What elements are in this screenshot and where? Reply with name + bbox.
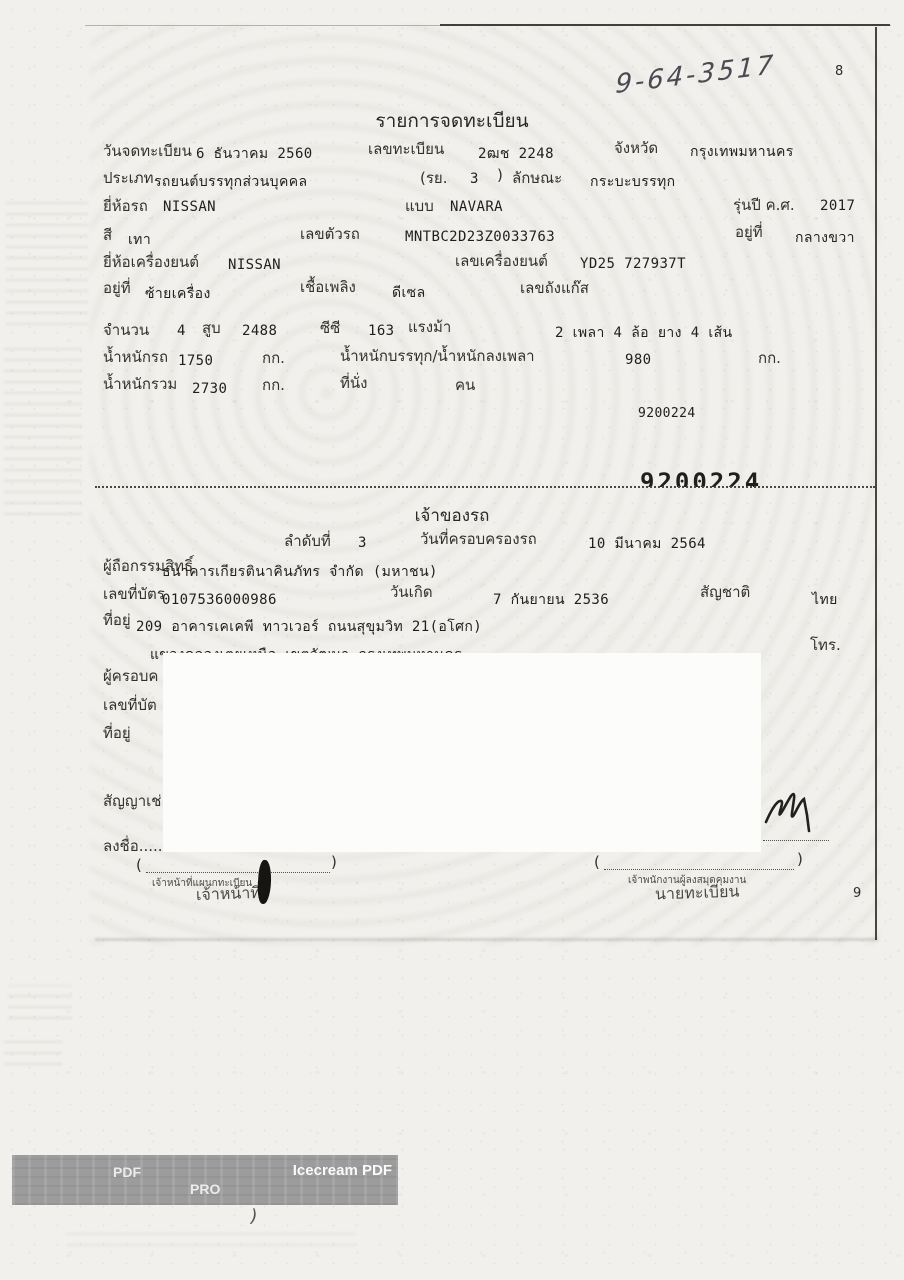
year-label: รุ่นปี ค.ศ. <box>733 193 795 217</box>
left-paren-close: ) <box>331 853 337 871</box>
ry-close: ) <box>497 166 503 184</box>
sequence-value: 3 <box>358 535 367 551</box>
left-signature-line <box>146 872 330 873</box>
province-value: กรุงเทพมหานคร <box>690 141 794 163</box>
card-number-value: 0107536000986 <box>162 592 277 608</box>
plate-label: เลขทะเบียน <box>368 137 444 161</box>
lease-contract-label-clipped: สัญญาเช่ <box>103 789 161 813</box>
left-paren-open: ( <box>136 856 142 874</box>
page-number-top: 8 <box>835 64 843 79</box>
handwritten-paren-mark: ) <box>248 1205 259 1227</box>
possession-date-value: 10 มีนาคม 2564 <box>588 533 706 555</box>
ghost-text-left-1 <box>6 195 88 325</box>
total-weight-value: 2730 <box>192 381 227 397</box>
sequence-label: ลำดับที่ <box>284 529 331 553</box>
kg-unit-1: กก. <box>262 346 285 370</box>
engine-brand-label: ยี่ห้อเครื่องยนต์ <box>103 250 199 274</box>
sign-here-label: ลงชื่อ..... <box>103 834 163 858</box>
document-top-border-dark <box>440 24 890 26</box>
cc-unit: ซีซี <box>320 316 340 340</box>
fuel-label: เชื้อเพลิง <box>300 275 356 299</box>
document-right-border <box>875 27 877 940</box>
vehicle-weight-value: 1750 <box>178 353 213 369</box>
year-value: 2017 <box>820 198 855 214</box>
redaction-box <box>163 653 761 852</box>
birth-date-value: 7 กันยายน 2536 <box>493 589 609 611</box>
reg-date-value: 6 ธันวาคม 2560 <box>196 143 313 165</box>
cylinders-value: 4 <box>177 323 186 339</box>
ghost-text-bottom-2 <box>4 1035 62 1065</box>
horsepower-unit: แรงม้า <box>408 315 451 339</box>
signature-mark <box>762 788 817 836</box>
shape-value: กระบะบรรทุก <box>590 171 676 193</box>
right-signature-line <box>604 869 794 870</box>
page-number-bottom: 9 <box>853 886 861 901</box>
engine-position-label: อยู่ที่ <box>103 276 131 300</box>
engine-number-value: YD25 727937T <box>580 256 686 272</box>
watermark-pdf-text: PDF <box>113 1164 141 1180</box>
province-label: จังหวัด <box>614 136 658 160</box>
birth-date-label: วันเกิด <box>390 580 433 604</box>
document-number-clipped: 9200224 <box>640 468 762 487</box>
vehicle-weight-label: น้ำหนักรถ <box>103 345 168 369</box>
handwritten-reference: 9-64-3517 <box>615 50 777 100</box>
horsepower-value: 163 <box>368 323 395 339</box>
document-bottom-shadow <box>95 938 878 941</box>
ink-blob <box>256 860 272 905</box>
chassis-position-value: กลางขวา <box>795 227 855 249</box>
type-value: รถยนต์บรรทุกส่วนบุคคล <box>154 171 307 193</box>
brand-value: NISSAN <box>163 199 216 215</box>
possession-date-label: วันที่ครอบครองรถ <box>420 527 537 551</box>
address-line-1: 209 อาคารเคเคพี ทาวเวอร์ ถนนสุขุมวิท 21(… <box>136 616 482 638</box>
address-label: ที่อยู่ <box>103 608 131 632</box>
engine-number-label: เลขเครื่องยนต์ <box>455 249 548 273</box>
kg-unit-2: กก. <box>758 346 781 370</box>
model-value: NAVARA <box>450 199 503 215</box>
color-value: เทา <box>128 229 151 251</box>
document-number: 9200224 <box>638 406 696 421</box>
type-label: ประเภท <box>103 166 154 190</box>
scan-noise-texture <box>0 0 904 1280</box>
kg-unit-3: กก. <box>262 373 285 397</box>
plate-value: 2ฒช 2248 <box>478 143 554 165</box>
load-weight-value: 980 <box>625 352 652 368</box>
possessor-address-label: ที่อยู่ <box>103 721 131 745</box>
brand-label: ยี่ห้อรถ <box>103 194 148 218</box>
engine-position-value: ซ้ายเครื่อง <box>145 283 211 305</box>
fuel-value: ดีเซล <box>392 282 426 304</box>
model-label: แบบ <box>405 194 434 218</box>
ry-open: (รย. <box>420 166 447 190</box>
officer-stamp: เจ้าหน้าที่ <box>196 881 262 908</box>
chassis-value: MNTBC2D23Z0033763 <box>405 229 555 245</box>
seats-label: ที่นั่ง <box>340 371 367 395</box>
ry-number: 3 <box>470 171 479 187</box>
watermark-brand-text: Icecream PDF <box>293 1162 392 1179</box>
ghost-text-left-2 <box>4 345 82 515</box>
owner-section-title: เจ้าของรถ <box>0 502 904 529</box>
ghost-text-bottom-1 <box>8 985 72 1019</box>
right-paren-close: ) <box>797 850 803 868</box>
shape-label: ลักษณะ <box>512 166 562 190</box>
ghost-text-bottom-3 <box>66 1228 356 1246</box>
cc-value: 2488 <box>242 323 277 339</box>
nationality-value: ไทย <box>812 589 838 611</box>
card-number-label: เลขที่บัตร <box>103 582 165 606</box>
total-weight-label: น้ำหนักรวม <box>103 372 177 396</box>
nationality-label: สัญชาติ <box>700 580 750 604</box>
registrar-stamp: นายทะเบียน <box>655 880 740 908</box>
seats-unit: คน <box>455 373 475 397</box>
right-paren-open: ( <box>594 853 600 871</box>
chassis-label: เลขตัวรถ <box>300 222 360 246</box>
axle-wheel-tyre-info: 2 เพลา 4 ล้อ ยาง 4 เส้น <box>555 322 733 344</box>
engine-brand-value: NISSAN <box>228 257 281 273</box>
icecream-pdf-watermark-bar: PDF Icecream PDF PRO <box>12 1155 398 1205</box>
color-label: สี <box>103 223 112 247</box>
perforation-dashed-line <box>95 486 875 488</box>
possessor-label-clipped: ผู้ครอบค <box>103 664 158 688</box>
chassis-position-label: อยู่ที่ <box>735 220 763 244</box>
telephone-label: โทร. <box>810 633 841 657</box>
watermark-pro-text: PRO <box>190 1181 220 1197</box>
quantity-label: จำนวน <box>103 318 149 342</box>
reg-date-label: วันจดทะเบียน <box>103 139 192 163</box>
document-title: รายการจดทะเบียน <box>0 106 904 136</box>
cylinders-unit: สูบ <box>202 316 221 340</box>
possessor-card-label-clipped: เลขที่บัต <box>103 693 157 717</box>
document-number-clipped-wrap: 9200224 <box>640 468 810 487</box>
scanned-registration-document: 9-64-3517 8 รายการจดทะเบียน วันจดทะเบียน… <box>0 0 904 1280</box>
signature-dotted-line <box>763 840 829 841</box>
gas-tank-label: เลขถังแก๊ส <box>520 276 589 300</box>
load-weight-label: น้ำหนักบรรทุก/น้ำหนักลงเพลา <box>340 344 535 368</box>
